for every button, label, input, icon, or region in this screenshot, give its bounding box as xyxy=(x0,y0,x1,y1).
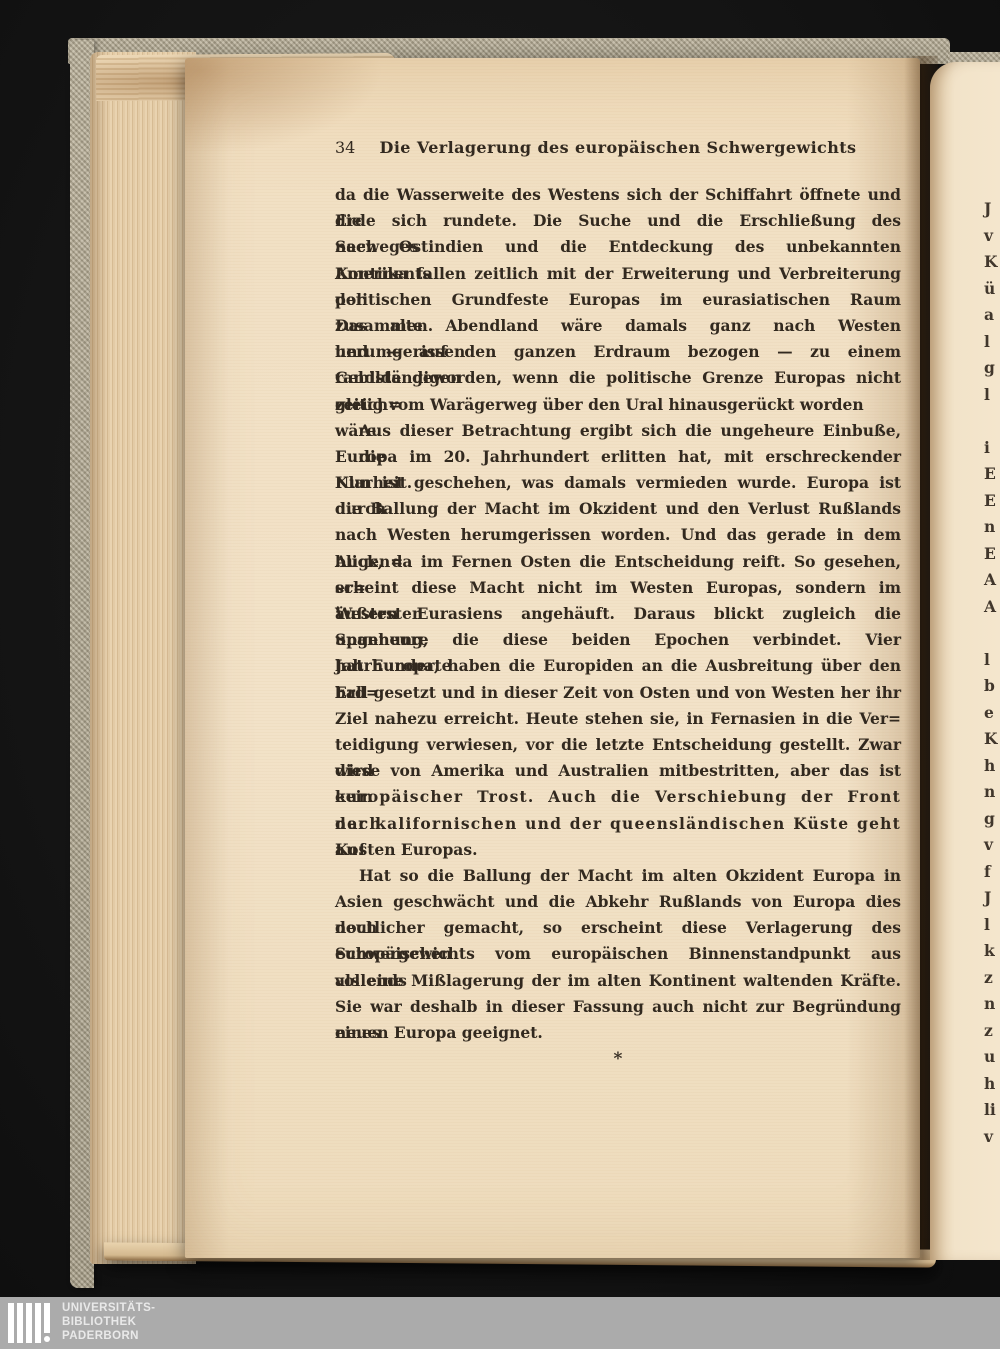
text-line: blick, da im Fernen Osten die Entscheidu… xyxy=(335,549,901,575)
text-line: deutlicher gemacht, so erscheint diese V… xyxy=(335,915,901,941)
facing-page-text-fragment: e xyxy=(984,700,1000,726)
facing-page-text-fragment: k xyxy=(984,938,1000,964)
text-line: Erde sich rundete. Die Suche und die Ers… xyxy=(335,208,901,234)
facing-page-text-column: JvKüalgliEEnEAAlbeKhngvfJlkznzuhliv xyxy=(984,0,1000,1349)
facing-page-text-fragment: f xyxy=(984,859,1000,885)
page-stack-fore-edge xyxy=(90,52,196,1264)
text-line: Spannung, die diese beiden Epochen verbi… xyxy=(335,627,901,653)
text-line: zeitig vom Warägerweg über den Ural hina… xyxy=(335,392,901,418)
logo-bar xyxy=(8,1303,14,1343)
facing-page-text-fragment: A xyxy=(984,594,1000,620)
library-name-line: UNIVERSITÄTS- xyxy=(62,1301,155,1315)
facing-page-text-fragment: h xyxy=(984,753,1000,779)
facing-page-text-fragment: u xyxy=(984,1044,1000,1070)
facing-page-text-fragment: z xyxy=(984,1018,1000,1044)
facing-page-text-fragment: E xyxy=(984,541,1000,567)
facing-page-text-fragment: n xyxy=(984,779,1000,805)
library-name: UNIVERSITÄTS- BIBLIOTHEK PADERBORN xyxy=(62,1301,155,1343)
text-line: politischen Grundfeste Europas im eurasi… xyxy=(335,287,901,313)
body-text: da die Wasserweite des Westens sich der … xyxy=(335,182,901,1046)
facing-page-text-fragment: K xyxy=(984,726,1000,752)
text-line: europäischer Trost. Auch die Verschiebun… xyxy=(335,784,901,810)
text-line: Das alte Abendland wäre damals ganz nach… xyxy=(335,313,901,339)
facing-page-text-fragment: n xyxy=(984,991,1000,1017)
library-name-line: BIBLIOTHEK xyxy=(62,1315,155,1329)
library-name-line: PADERBORN xyxy=(62,1329,155,1343)
facing-page-text-fragment: a xyxy=(984,302,1000,328)
facing-page-text-fragment: K xyxy=(984,249,1000,275)
facing-page-text-fragment: g xyxy=(984,355,1000,381)
facing-page-text-fragment: g xyxy=(984,806,1000,832)
text-line: der kalifornischen und der queensländisc… xyxy=(335,811,901,837)
facing-page-text-fragment: l xyxy=(984,382,1000,408)
text-line: Schwergewichts vom europäischen Binnenst… xyxy=(335,941,901,967)
facing-page-text-fragment: li xyxy=(984,1097,1000,1123)
facing-page-text-fragment: i xyxy=(984,435,1000,461)
facing-page-text-fragment: v xyxy=(984,832,1000,858)
logo-bar xyxy=(17,1303,23,1343)
text-line: Asien geschwächt und die Abkehr Rußlands… xyxy=(335,889,901,915)
facing-page-text-fragment: l xyxy=(984,647,1000,673)
facing-page-text-fragment: b xyxy=(984,673,1000,699)
text-line: scheint diese Macht nicht im Westen Euro… xyxy=(335,575,901,601)
section-separator-asterisk: * xyxy=(335,1046,901,1072)
text-line: da die Wasserweite des Westens sich der … xyxy=(335,182,901,208)
text-line: Aus dieser Betrachtung ergibt sich die u… xyxy=(335,418,901,444)
text-line: Europa im 20. Jahrhundert erlitten hat, … xyxy=(335,444,901,470)
facing-page-text-fragment: E xyxy=(984,461,1000,487)
logo-bar xyxy=(35,1303,41,1343)
text-line: Kosten Europas. xyxy=(335,837,901,863)
facing-page-text-fragment: E xyxy=(984,488,1000,514)
text-line: Hat so die Ballung der Macht im alten Ok… xyxy=(335,863,901,889)
logo-bar xyxy=(26,1303,32,1343)
text-line: neuen Europa geeignet. xyxy=(335,1020,901,1046)
text-line: nach Ostindien und die Entdeckung des un… xyxy=(335,234,901,260)
facing-page-text-fragment: ü xyxy=(984,276,1000,302)
text-line: Ziel nahezu erreicht. Heute stehen sie, … xyxy=(335,706,901,732)
text-line: Sie war deshalb in dieser Fassung auch n… xyxy=(335,994,901,1020)
text-line: hat Europa, haben die Europiden an die A… xyxy=(335,653,901,679)
text-line: ball gesetzt und in dieser Zeit von Oste… xyxy=(335,680,901,706)
text-line: teidigung verwiesen, vor die letzte Ents… xyxy=(335,732,901,758)
facing-page-text-fragment: n xyxy=(984,514,1000,540)
facing-page-text-fragment: z xyxy=(984,965,1000,991)
running-header: Die Verlagerung des europäischen Schwerg… xyxy=(335,136,901,160)
facing-page-text-fragment: J xyxy=(984,196,1000,222)
text-line: nach Westen herumgerissen worden. Und da… xyxy=(335,522,901,548)
facing-page-text-fragment: v xyxy=(984,223,1000,249)
logo-dot-icon xyxy=(44,1336,50,1342)
scanned-book-photo: JvKüalgliEEnEAAlbeKhngvfJlkznzuhliv 34 D… xyxy=(0,0,1000,1349)
text-line: die Ballung der Macht im Okzident und de… xyxy=(335,496,901,522)
text-line: Gebilde geworden, wenn die politische Gr… xyxy=(335,365,901,391)
text-line: diese von Amerika und Australien mitbest… xyxy=(335,758,901,784)
facing-page-text-fragment: l xyxy=(984,912,1000,938)
facing-page-text-fragment: l xyxy=(984,329,1000,355)
text-line: Westen Eurasiens angehäuft. Daraus blick… xyxy=(335,601,901,627)
text-line: Amerika fallen zeitlich mit der Erweiter… xyxy=(335,261,901,287)
text-line: und — auf den ganzen Erdraum bezogen — z… xyxy=(335,339,901,365)
facing-page-text-fragment: A xyxy=(984,567,1000,593)
library-watermark-bar: UNIVERSITÄTS- BIBLIOTHEK PADERBORN xyxy=(0,1297,1000,1349)
text-line: als eine Mißlagerung der im alten Kontin… xyxy=(335,968,901,994)
facing-page-text-fragment: J xyxy=(984,885,1000,911)
text-line: Nun ist geschehen, was damals vermieden … xyxy=(335,470,901,496)
facing-page-text-fragment: h xyxy=(984,1071,1000,1097)
facing-page-text-fragment: v xyxy=(984,1124,1000,1150)
logo-bar xyxy=(44,1303,50,1333)
